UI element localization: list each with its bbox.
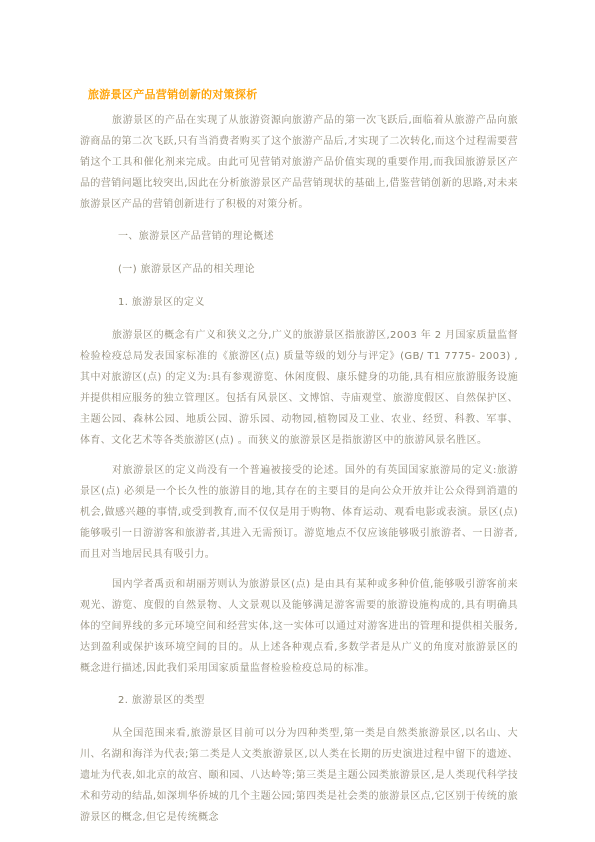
section-heading-level2: (一) 旅游景区产品的相关理论 [80, 259, 518, 280]
paragraph-definition-standard: 旅游景区的概念有广义和狭义之分,广义的旅游景区指旅游区,2003 年 2 月国家… [80, 325, 518, 451]
intro-paragraph: 旅游景区的产品在实现了从旅游资源向旅游产品的第一次飞跃后,面临着从旅游产品向旅游… [80, 110, 518, 215]
subsection-heading-types: 2. 旅游景区的类型 [80, 690, 518, 711]
document-title: 旅游景区产品营销创新的对策探析 [88, 86, 518, 102]
document-page: 旅游景区产品营销创新的对策探析 旅游景区的产品在实现了从旅游资源向旅游产品的第一… [0, 0, 595, 842]
subsection-heading-definition: 1. 旅游景区的定义 [80, 292, 518, 313]
paragraph-definition-domestic: 国内学者禹贡和胡丽芳则认为旅游景区(点) 是由具有某种或多种价值,能够吸引游客前… [80, 574, 518, 679]
section-heading-level1: 一、旅游景区产品营销的理论概述 [80, 226, 518, 247]
paragraph-definition-foreign: 对旅游景区的定义尚没有一个普遍被接受的论述。国外的有英国国家旅游局的定义:旅游景… [80, 460, 518, 565]
paragraph-types: 从全国范围来看,旅游景区目前可以分为四种类型,第一类是自然类旅游景区,以名山、大… [80, 723, 518, 828]
